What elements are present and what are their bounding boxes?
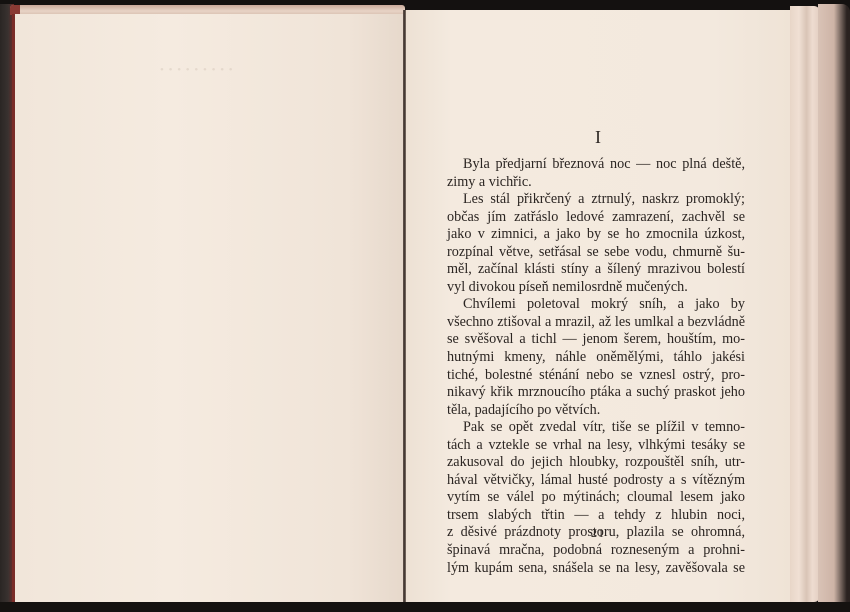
- text-line: tách a vztekle se vrhal na lesy, vlhkými…: [447, 437, 745, 455]
- text-line: Pak se opět zvedal vítr, tiše se plížil …: [447, 419, 745, 437]
- text-line: hával větvičky, lámal husté podrosty a s…: [447, 472, 745, 490]
- book-spread: • • • • • • • • • I Byla předjarní březn…: [0, 0, 850, 612]
- body-text: Byla předjarní březnová noc — noc plná d…: [447, 156, 745, 577]
- text-line: Byla předjarní březnová noc — noc plná d…: [447, 156, 745, 174]
- text-line: rozpínal větve, setřásal se sebe vodu, c…: [447, 244, 745, 262]
- left-page-show-through-header: • • • • • • • • •: [160, 64, 300, 74]
- text-line: Chvílemi poletoval mokrý sníh, a jako by: [447, 296, 745, 314]
- text-line: hutnými kmeny, náhle oněmělými, táhlo ja…: [447, 349, 745, 367]
- text-line: jako v zimnici, a jako by se ho zmocnila…: [447, 226, 745, 244]
- text-line: se svěšoval a tichl — jenom šerem, houšt…: [447, 331, 745, 349]
- text-line: zimy a vichřic.: [447, 174, 745, 192]
- text-line: trsem slabých třtin — a tehdy z hlubin n…: [447, 507, 745, 525]
- text-line: měl, začínal klásti stíny a šílený mrazi…: [447, 261, 745, 279]
- page-block-edges: [790, 6, 820, 602]
- text-line: Les stál přikrčený a ztrnulý, naskrz pro…: [447, 191, 745, 209]
- text-line: nikavý křik mrznoucího ptáka a suchý pra…: [447, 384, 745, 402]
- text-line: občas jím zatřáslo ledové zamrazení, zac…: [447, 209, 745, 227]
- text-line: lým kupám sena, snášela se na lesy, zavě…: [447, 560, 745, 578]
- text-line: vytím se válel po mýtinách; cloumal lese…: [447, 489, 745, 507]
- left-page: [12, 14, 405, 604]
- text-line: zakusoval do jejich hloubky, rozpouštěl …: [447, 454, 745, 472]
- text-line: tiché, bolestné sténání nebo se vznesl o…: [447, 367, 745, 385]
- book-cover-right-edge: [818, 4, 850, 608]
- text-line: špinavá mračna, podobná rozneseným a pro…: [447, 542, 745, 560]
- text-line: všechno ztišoval a mrazil, až les umlkal…: [447, 314, 745, 332]
- text-line: vyl divokou píseň nemilosrdně mučených.: [447, 279, 745, 297]
- text-line: těla, padajícího po větvích.: [447, 402, 745, 420]
- chapter-number: I: [406, 127, 790, 148]
- page-number: 21: [406, 526, 790, 541]
- bottom-shadow: [0, 602, 850, 612]
